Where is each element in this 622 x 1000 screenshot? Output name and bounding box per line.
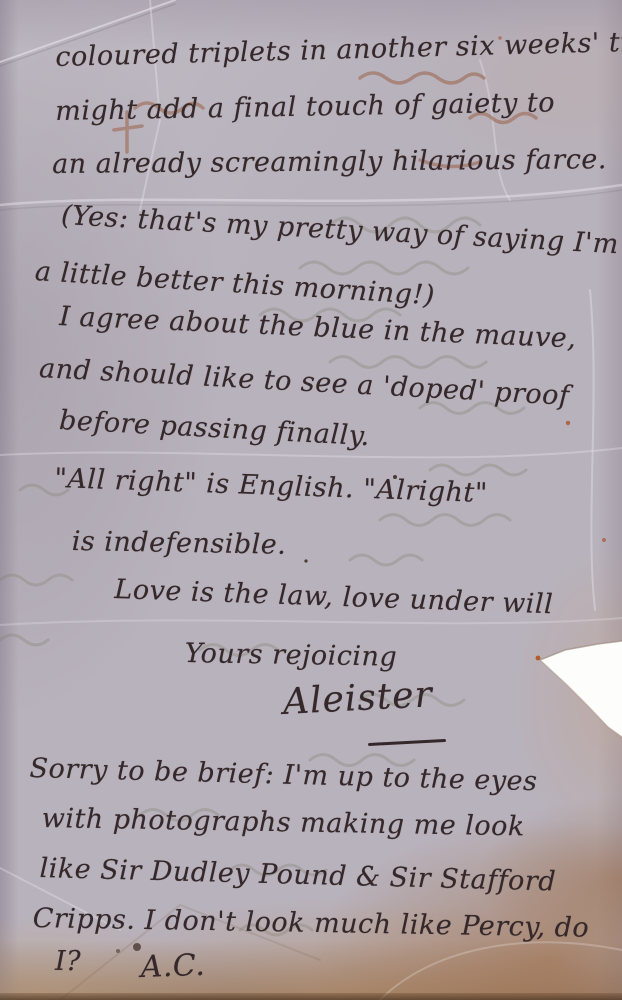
letter-line: I? [55,946,81,977]
letter-line: might add a final touch of gaiety to [55,87,555,127]
letter-line: and should like to see a 'doped' proof [38,353,570,412]
letter-line: Cripps. I don't look much like Percy, do [32,903,589,944]
signature-flourish [368,739,446,746]
letter-line: an already screamingly hilarious farce. [52,144,607,180]
letter-page: coloured triplets in another six weeks' … [0,0,622,1000]
letter-line: I agree about the blue in the mauve, [59,301,577,355]
letter-closing-law: Love is the law, love under will [114,574,554,620]
letter-line: with photographs making me look [41,803,525,842]
letter-closing-rejoicing: Yours rejoicing [184,638,397,673]
letter-line: Sorry to be brief: I'm up to the eyes [29,753,538,797]
letter-line: before passing finally. [58,405,370,452]
letter-line: "All right" is English. "Alright" [54,463,488,509]
initials: A.C. [140,948,206,985]
page-bottom-edge [0,993,622,1000]
letter-line: like Sir Dudley Pound & Sir Stafford [39,853,556,898]
letter-line: is indefensible. [71,526,286,561]
letter-line: (Yes: that's my pretty way of saying I'm [60,200,619,260]
signature: Aleister [282,674,434,723]
torn-edge [536,641,622,737]
letter-line: coloured triplets in another six weeks' … [55,26,622,73]
